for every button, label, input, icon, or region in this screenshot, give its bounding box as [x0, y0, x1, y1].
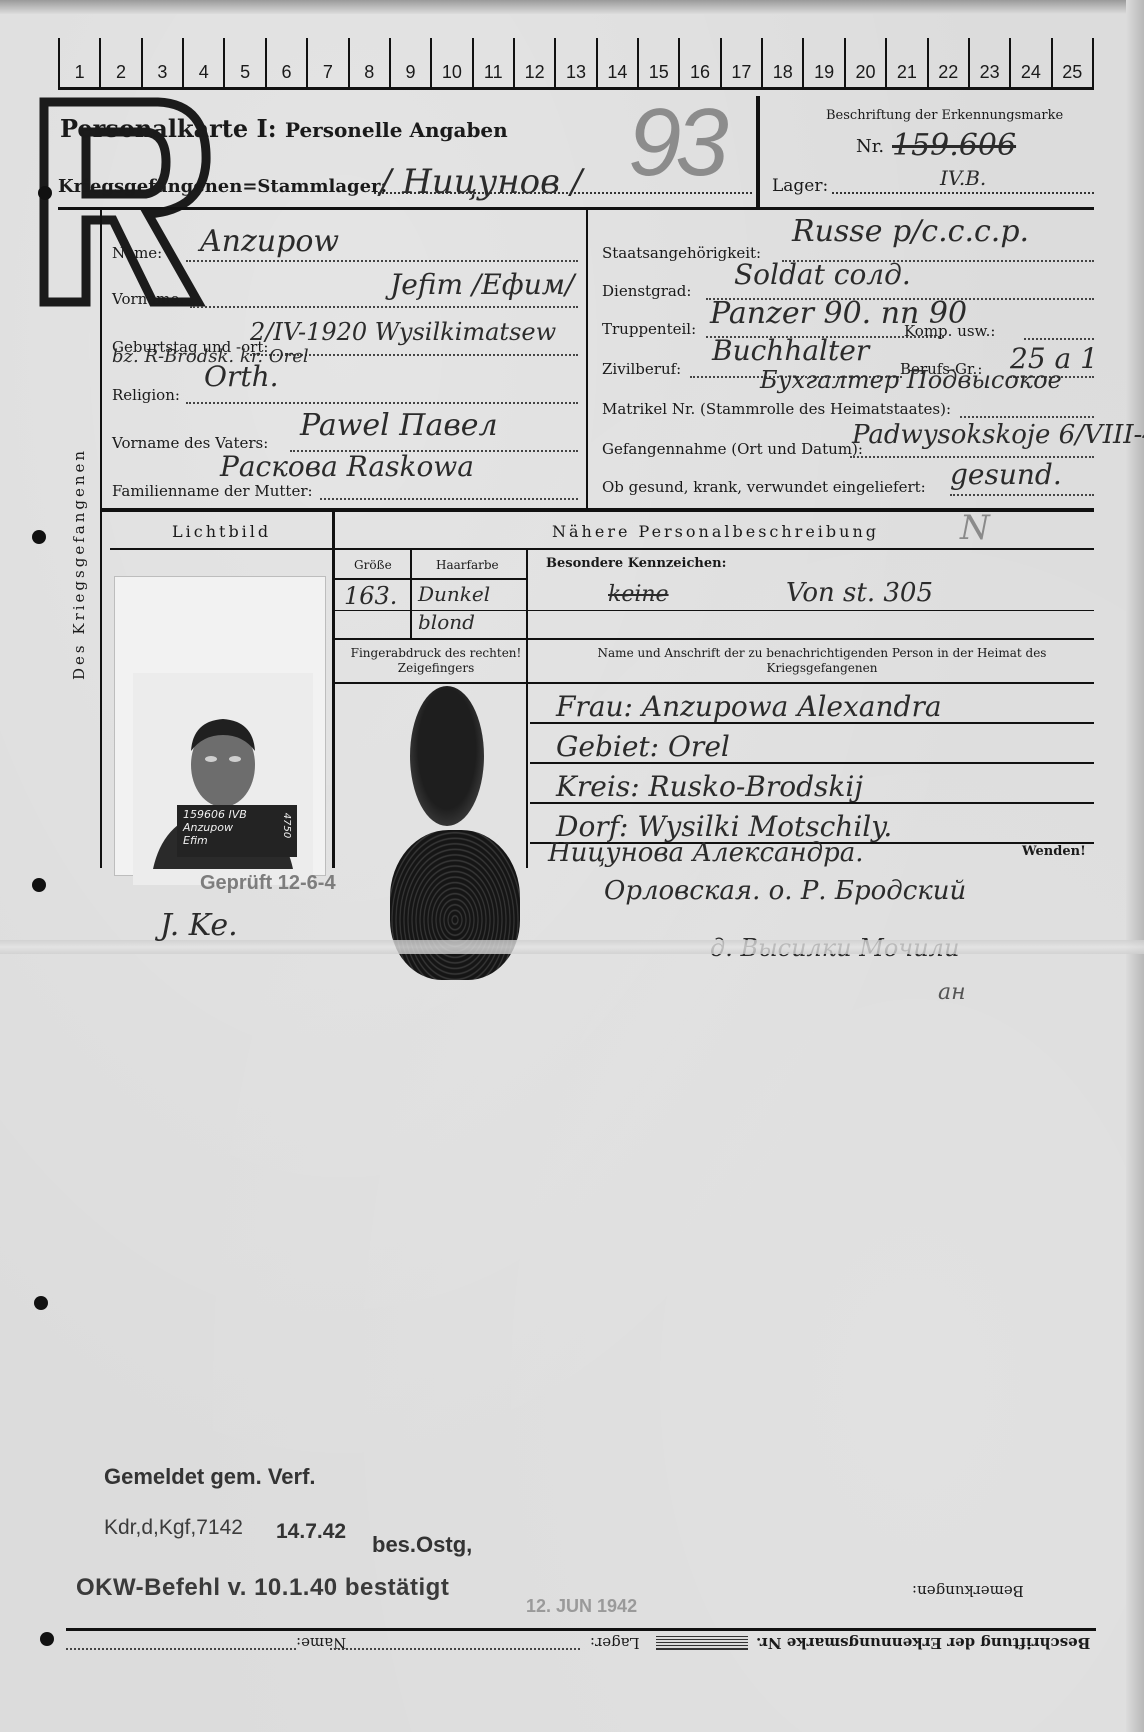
ruler-cell: 21 [885, 38, 926, 87]
right-field-line [950, 494, 1094, 496]
left-field-label: Religion: [112, 386, 180, 404]
placard-side-number: 4750 [280, 813, 293, 838]
stalag-value: / Ницунов / [380, 162, 582, 202]
punch-hole [32, 530, 46, 544]
table-bottom-rule [334, 638, 1094, 640]
fingerprint-upper [410, 686, 484, 826]
ruler-cell: 14 [596, 38, 637, 87]
contact-line: Kreis: Rusko-Brodskij [556, 770, 863, 803]
marks-note: Von st. 305 [786, 578, 933, 608]
ruler-cell: 11 [472, 38, 513, 87]
ruler-cell: 18 [761, 38, 802, 87]
right-field-line [960, 416, 1094, 418]
stalag-label: Kriegsgefangenen=Stammlager: [58, 176, 387, 197]
card-title-sub: Personelle Angaben [285, 118, 508, 142]
card-title: Personalkarte I: Personelle Angaben [60, 114, 508, 143]
contact-cyrillic-line: Орловская. о. Р. Бродский [604, 876, 966, 906]
right-field-value: Soldat солд. [734, 258, 911, 291]
frame-left [100, 208, 102, 868]
footer-tag-lines [656, 1636, 748, 1650]
right-field-value: Бухгалтер Подвысокое [760, 366, 1062, 394]
punch-hole [38, 186, 52, 200]
footer-tag-label: Beschriftung der Erkennungsmarke Nr. [756, 1634, 1090, 1652]
section-rule-mid [100, 508, 1094, 512]
card-title-main: Personalkarte I: [60, 114, 277, 143]
left-field-value: Раскова Raskowa [220, 450, 474, 483]
index-ruler: 1234567891011121314151617181920212223242… [58, 38, 1094, 90]
contact-line: Gebiet: Orel [556, 730, 730, 763]
initials: J. Ke. [160, 908, 238, 943]
ruler-cell: 17 [720, 38, 761, 87]
photo-placard: 159606 IVB Anzupow Efim 4750 [177, 805, 297, 857]
left-field-label: Familienname der Mutter: [112, 482, 313, 500]
height-col-divider [410, 548, 412, 640]
lager-dotted-line [832, 192, 1094, 194]
ruler-cell: 24 [1009, 38, 1050, 87]
placard-firstname: Efim [183, 834, 291, 847]
left-field-label: Name: [112, 244, 162, 262]
scan-edge-right [1126, 0, 1144, 1732]
left-field-line [190, 306, 578, 308]
date-stamp: 12. JUN 1942 [526, 1596, 637, 1617]
left-field-line [320, 498, 578, 500]
ruler-cell: 6 [265, 38, 306, 87]
footer-rule [66, 1628, 1096, 1631]
ruler-cell: 20 [844, 38, 885, 87]
right-field-extra-label: Komp. usw.: [904, 322, 995, 340]
footer-lager-label: Lager: [590, 1634, 640, 1652]
left-field-value: Pawel Павел [300, 408, 498, 443]
ruler-cell: 8 [348, 38, 389, 87]
description-header: Nähere Personalbeschreibung [552, 522, 879, 541]
left-field-value: Jefim /Ефим/ [390, 268, 574, 301]
punch-hole [32, 878, 46, 892]
ruler-cell: 3 [141, 38, 182, 87]
ruler-cell: 12 [513, 38, 554, 87]
ruler-cell: 13 [554, 38, 595, 87]
punch-hole [40, 1632, 54, 1646]
hair-col-divider [526, 548, 528, 868]
placard-name: Anzupow [183, 821, 291, 834]
bes-stamp: bes.Ostg, [372, 1532, 472, 1558]
contact-row-rule [530, 762, 1094, 764]
contact-row-rule [530, 722, 1094, 724]
ruler-cell: 2 [99, 38, 140, 87]
frame-mid [586, 208, 588, 510]
fingerprint-lower [390, 830, 520, 980]
ruler-cell: 15 [637, 38, 678, 87]
footer-name-dots [66, 1648, 296, 1650]
right-field-label: Ob gesund, krank, verwundet eingeliefert… [602, 478, 926, 496]
ruler-cell: 1 [58, 38, 99, 87]
right-field-label: Truppenteil: [602, 320, 696, 338]
right-field-value: gesund. [950, 458, 1062, 491]
hair-label: Haarfarbe [436, 558, 499, 572]
contact-cyrillic-line: Ницунова Александра. [548, 838, 864, 868]
kdr-stamp: Kdr,d,Kgf,7142 [104, 1516, 243, 1540]
left-field-value: Anzupow [200, 224, 339, 259]
left-field-line [186, 260, 578, 262]
photo-header: Lichtbild [172, 522, 271, 541]
right-field-label: Gefangennahme (Ort und Datum): [602, 440, 863, 458]
footer-lager-dots [330, 1648, 580, 1650]
footer-remarks-label: Bemerkungen: [912, 1582, 1024, 1600]
photo-divider [332, 512, 335, 868]
right-field-extra-line [1024, 338, 1094, 340]
left-field-label: Vorname: [112, 290, 184, 308]
an-mark: ан [938, 980, 966, 1005]
gemeldet-stamp: Gemeldet gem. Verf. [104, 1464, 316, 1490]
right-field-label: Zivilberuf: [602, 360, 681, 378]
left-field-line [186, 402, 578, 404]
big-number-mark: 93 [628, 88, 723, 198]
right-field-value: Buchhalter [712, 334, 869, 367]
left-field-value: 2/IV-1920 Wysilkimatsew [250, 318, 556, 346]
fingerprint-header-rule [334, 682, 1094, 684]
placard-number: 159606 IVB [183, 808, 291, 821]
header-divider [756, 96, 760, 208]
lager-value: IV.B. [940, 166, 986, 190]
desc-header-rule [334, 548, 1094, 550]
gepruft-stamp: Geprüft 12-6-4 [200, 872, 336, 895]
marks-label: Besondere Kennzeichen: [546, 556, 726, 571]
left-field-value: Orth. [204, 360, 279, 393]
tag-nr-label: Nr. [856, 136, 884, 157]
right-field-label: Dienstgrad: [602, 282, 691, 300]
ruler-cell: 23 [968, 38, 1009, 87]
ruler-cell: 7 [306, 38, 347, 87]
ruler-cell: 9 [389, 38, 430, 87]
ruler-cell: 4 [182, 38, 223, 87]
ruler-cell: 25 [1051, 38, 1094, 87]
prisoner-photo: 159606 IVB Anzupow Efim 4750 [114, 576, 326, 876]
ruler-cell: 19 [802, 38, 843, 87]
side-label: Des Kriegsgefangenen [70, 448, 88, 680]
ruler-cell: 10 [430, 38, 471, 87]
lager-label: Lager: [772, 176, 828, 196]
ruler-cell: 22 [927, 38, 968, 87]
contact-line: Frau: Anzupowa Alexandra [556, 690, 942, 723]
height-label: Größe [354, 558, 392, 572]
height-value: 163. [344, 582, 397, 610]
hair-value: Dunkel blond [418, 580, 522, 636]
wenden-label: Wenden! [1022, 844, 1086, 859]
n-mark: N [960, 508, 990, 548]
kdr-date-stamp: 14.7.42 [276, 1520, 346, 1544]
ruler-cell: 5 [223, 38, 264, 87]
tag-caption: Beschriftung der Erkennungsmarke [826, 108, 1063, 123]
punch-hole [34, 1296, 48, 1310]
right-field-value: Padwysokskoje 6/VIII-41. [852, 420, 1144, 450]
tag-nr-value: 159.606 [892, 128, 1016, 163]
okw-stamp: OKW-Befehl v. 10.1.40 bestätigt [76, 1574, 449, 1602]
personnel-card: 1234567891011121314151617181920212223242… [0, 0, 1144, 1732]
scan-edge-top [0, 0, 1144, 14]
section-rule-top [58, 207, 1094, 210]
fingerprint-label: Fingerabdruck des rechten! Zeigefingers [346, 646, 526, 676]
photo-header-rule [110, 548, 332, 550]
contact-label: Name und Anschrift der zu benachrichtige… [592, 646, 1052, 676]
ruler-cell: 16 [678, 38, 719, 87]
right-field-value: Russe р/с.с.с.р. [792, 214, 1029, 249]
right-field-label: Matrikel Nr. (Stammrolle des Heimatstaat… [602, 400, 951, 418]
marks-value: keine [608, 582, 669, 607]
contact-row-rule [530, 802, 1094, 804]
